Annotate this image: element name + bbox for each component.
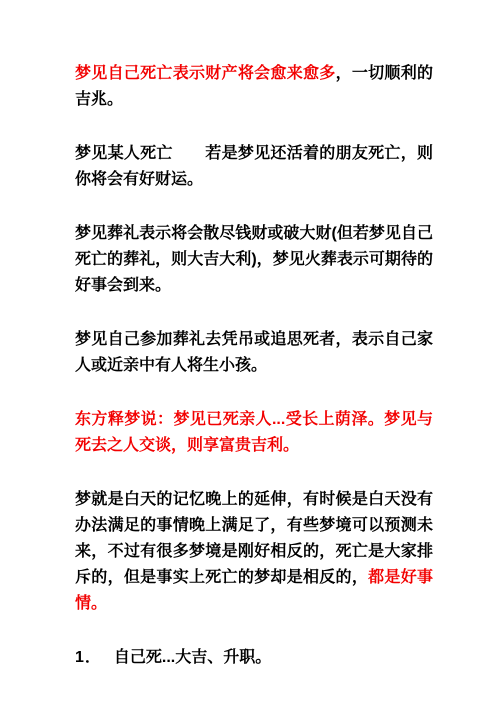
paragraph-5: 东方释梦说：梦见已死亲人...受长上荫泽。梦见与死去之人交谈，则享富贵吉利。: [75, 407, 433, 459]
paragraph-4: 梦见自己参加葬礼去凭吊或追思死者，表示自己家人或近亲中有人将生小孩。: [75, 327, 433, 379]
list-item-number: 1．: [75, 645, 102, 671]
text-run: 东方释梦说：梦见已死亲人...受长上荫泽。梦见与死去之人交谈，则享富贵吉利。: [75, 411, 433, 454]
text-run: 梦见自己死亡表示财产将会愈来愈多: [75, 65, 336, 82]
paragraph-6: 梦就是白天的记忆晚上的延伸，有时候是白天没有办法满足的事情晚上满足了，有些梦境可…: [75, 487, 433, 617]
text-run: 梦见自己参加葬礼去凭吊或追思死者，表示自己家人或近亲中有人将生小孩。: [75, 331, 433, 374]
document-body: 梦见自己死亡表示财产将会愈来愈多，一切顺利的吉兆。梦见某人死亡 若是梦见还活着的…: [75, 61, 433, 671]
paragraph-3: 梦见葬礼表示将会散尽钱财或破大财(但若梦见自己死亡的葬礼，则大吉大利)，梦见火葬…: [75, 221, 433, 299]
paragraph-2: 梦见某人死亡 若是梦见还活着的朋友死亡，则你将会有好财运。: [75, 141, 433, 193]
text-run: 梦见某人死亡 若是梦见还活着的朋友死亡，则你将会有好财运。: [75, 145, 433, 188]
text-run: 梦见葬礼表示将会散尽钱财或破大财(但若梦见自己死亡的葬礼，则大吉大利)，梦见火葬…: [75, 225, 433, 294]
document-page: 梦见自己死亡表示财产将会愈来愈多，一切顺利的吉兆。梦见某人死亡 若是梦见还活着的…: [0, 0, 500, 707]
list-item-1: 1．自己死...大吉、升职。: [75, 645, 433, 671]
text-run: 自己死...大吉、升职。: [114, 649, 271, 666]
paragraph-1: 梦见自己死亡表示财产将会愈来愈多，一切顺利的吉兆。: [75, 61, 433, 113]
